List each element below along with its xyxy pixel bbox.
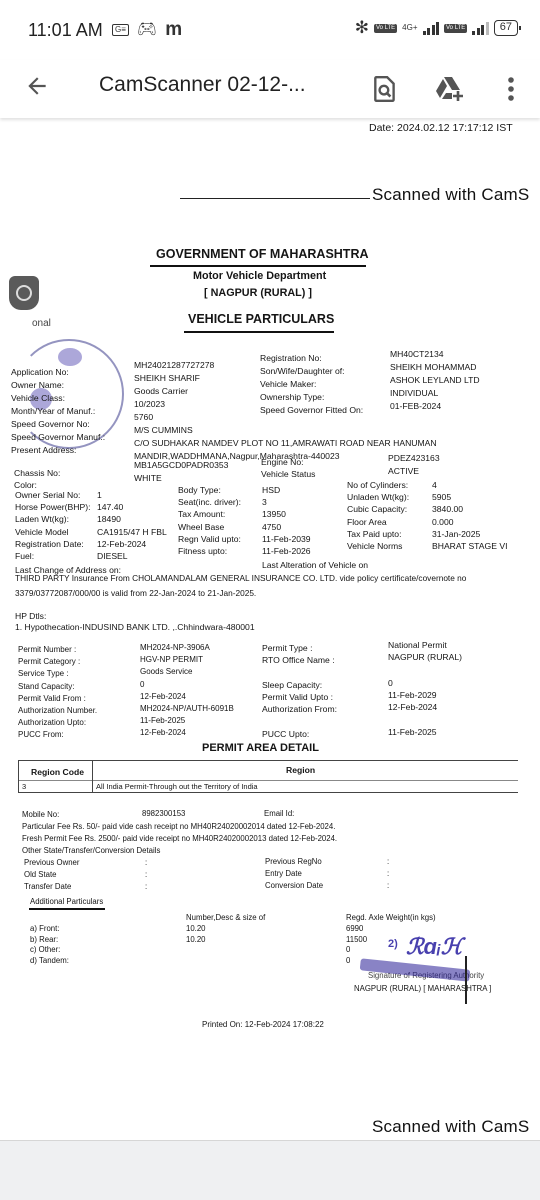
permit-field-value: MH2024-NP/AUTH-6091B — [140, 704, 234, 714]
watermark-bottom: Scanned with CamS — [372, 1122, 529, 1132]
axle-weight: 6990 — [346, 924, 363, 934]
scan-edge-line — [180, 198, 370, 199]
label-authorization-from: Authorization From: — [262, 704, 337, 714]
insurance-line1: THIRD PARTY Insurance From CHOLAMANDALAM… — [15, 573, 466, 583]
vehicle-field-value: 0.000 — [432, 517, 454, 527]
vehicle-field-value: DIESEL — [97, 551, 128, 561]
axle-label: d) Tandem: — [30, 956, 69, 966]
vehicle-field-value: 12-Feb-2024 — [97, 539, 146, 549]
transfer-colon: : — [387, 881, 389, 891]
label-engine-no: Engine No: — [261, 457, 304, 467]
add-to-drive-button[interactable] — [433, 72, 467, 106]
vehicle-field-value: 31-Jan-2025 — [432, 529, 480, 539]
other-state-title: Other State/Transfer/Conversion Details — [22, 846, 160, 856]
permit-area-title: PERMIT AREA DETAIL — [202, 743, 319, 753]
value-speed-governor-manuf: M/S CUMMINS — [134, 425, 193, 435]
status-bar: 11:01 AM G≡ 🎮︎ m ✻ Vo LTE 4G+ Vo LTE 67 — [0, 0, 540, 60]
label-sleep-capacity: Sleep Capacity: — [262, 680, 322, 690]
add-to-drive-icon — [434, 75, 466, 103]
document-title: CamScanner 02-12-... — [99, 73, 306, 97]
vehicle-field-label: Floor Area — [347, 517, 387, 527]
value-chassis-no: MB1A5GCD0PADR0353 — [134, 460, 228, 470]
axle-weight: 0 — [346, 956, 350, 966]
vehicle-field-label: Owner Serial No: — [15, 490, 80, 500]
printed-on: Printed On: 12-Feb-2024 17:08:22 — [202, 1020, 324, 1030]
value-speed-governor-fitted: 01-FEB-2024 — [390, 401, 441, 411]
vehicle-field-label: Tax Amount: — [178, 509, 225, 519]
hp-value: 1. Hypothecation-INDUSIND BANK LTD. ,.Ch… — [15, 622, 255, 632]
value-speed-governor-no: 5760 — [134, 412, 153, 422]
back-button[interactable] — [24, 73, 54, 103]
insurance-line2: 3379/03772087/000/00 is valid from 22-Ja… — [15, 588, 256, 598]
find-in-page-button[interactable] — [368, 72, 402, 106]
label-son-wife-daughter: Son/Wife/Daughter of: — [260, 366, 345, 376]
signature-mark: 2) — [388, 938, 398, 950]
permit-field-value: 0 — [140, 680, 144, 690]
label-chassis-no: Chassis No: — [14, 468, 60, 478]
vehicle-field-value: BHARAT STAGE VI — [432, 541, 507, 551]
vehicle-field-label: Laden Wt(kg): — [15, 514, 69, 524]
vehicle-field-value: 4 — [432, 480, 437, 490]
vehicle-field-label: Fitness upto: — [178, 546, 227, 556]
app-bar: CamScanner 02-12-... — [0, 60, 540, 118]
status-right-icons: ✻ Vo LTE 4G+ Vo LTE 67 — [355, 18, 518, 38]
permit-field-label: Permit Number : — [18, 645, 76, 655]
find-in-page-icon — [372, 75, 398, 103]
value-son-wife-daughter: SHEIKH MOHAMMAD — [390, 362, 476, 372]
value-vehicle-class: Goods Carrier — [134, 386, 188, 396]
more-options-button[interactable] — [494, 72, 528, 106]
vehicle-field-label: Cubic Capacity: — [347, 504, 407, 514]
col-region: Region — [286, 765, 315, 775]
transfer-field-label: Conversion Date — [265, 881, 323, 891]
label-color: Color: — [14, 480, 37, 490]
axle-label: b) Rear: — [30, 935, 58, 945]
fee-line2: Fresh Permit Fee Rs. 2500/- paid vide re… — [22, 834, 337, 844]
permit-field-value: 12-Feb-2024 — [140, 692, 186, 702]
value-pucc-upto: 11-Feb-2025 — [388, 727, 437, 737]
axle-desc: 10.20 — [186, 935, 206, 945]
transfer-field-label: Previous RegNo — [265, 857, 322, 867]
permit-field-label: Authorization Upto: — [18, 718, 86, 728]
vehicle-field-value: 13950 — [262, 509, 286, 519]
value-rto-office: NAGPUR (RURAL) — [388, 652, 462, 662]
m-app-icon: m — [165, 22, 182, 38]
last-alteration: Last Alteration of Vehicle on — [262, 560, 368, 570]
value-permit-type: National Permit — [388, 640, 447, 650]
permit-field-value: HGV-NP PERMIT — [140, 655, 203, 665]
label-pucc-upto: PUCC Upto: — [262, 729, 309, 739]
permit-field-label: Stand Capacity: — [18, 682, 74, 692]
vehicle-field-value: 3840.00 — [432, 504, 463, 514]
document-page[interactable]: Date: 2024.02.12 17:17:12 IST Scanned wi… — [0, 118, 540, 1140]
watermark-top: Scanned with CamS — [372, 190, 529, 200]
label-speed-governor-fitted: Speed Governor Fitted On: — [260, 405, 363, 415]
seal-pen-stroke — [465, 956, 467, 1004]
gamepad-icon: 🎮︎ — [137, 22, 157, 38]
value-vehicle-maker: ASHOK LEYLAND LTD — [390, 375, 480, 385]
vehicle-field-value: 11-Feb-2039 — [262, 534, 311, 544]
permit-field-label: Permit Category : — [18, 657, 80, 667]
permit-field-value: Goods Service — [140, 667, 192, 677]
battery-icon: 67 — [494, 20, 518, 36]
vehicle-field-label: Unladen Wt(kg): — [347, 492, 409, 502]
value-vehicle-status: ACTIVE — [388, 466, 419, 476]
signature-scrawl: ℛɑᵢℋ — [406, 934, 463, 960]
label-speed-governor-no: Speed Governor No: — [11, 419, 90, 429]
value-sleep-capacity: 0 — [388, 678, 393, 688]
value-present-address: C/O SUDHAKAR NAMDEV PLOT NO 11,AMRAWATI … — [134, 438, 437, 448]
label-vehicle-status: Vehicle Status — [261, 469, 315, 479]
more-vert-icon — [507, 76, 515, 102]
volte-icon: Vo LTE — [444, 24, 467, 33]
label-email: Email Id: — [264, 809, 294, 819]
vehicle-field-label: Body Type: — [178, 485, 221, 495]
vehicle-field-value: HSD — [262, 485, 280, 495]
transfer-colon: : — [145, 858, 147, 868]
vehicle-field-value: CA1915/47 H FBL — [97, 527, 167, 537]
label-permit-valid-upto: Permit Valid Upto : — [262, 692, 333, 702]
hp-label: HP Dtls: — [15, 611, 46, 621]
fee-line1: Particular Fee Rs. 50/- paid vide cash r… — [22, 822, 335, 832]
label-application-no: Application No: — [11, 367, 69, 377]
vehicle-field-label: Seat(inc. driver): — [178, 497, 241, 507]
table-top-border — [18, 760, 518, 761]
vehicle-field-label: No of Cylinders: — [347, 480, 408, 490]
value-ownership-type: INDIVIDUAL — [390, 388, 438, 398]
transfer-colon: : — [145, 870, 147, 880]
value-color: WHITE — [134, 473, 162, 483]
axle-weight: 11500 — [346, 935, 367, 945]
document-title-heading: VEHICLE PARTICULARS — [188, 314, 334, 324]
vehicle-field-label: Fuel: — [15, 551, 34, 561]
divider — [29, 908, 105, 910]
axle-label: a) Front: — [30, 924, 59, 934]
transfer-colon: : — [387, 857, 389, 867]
emblem-caption: onal — [32, 319, 51, 329]
label-vehicle-class: Vehicle Class: — [11, 393, 65, 403]
permit-field-label: Authorization Number. — [18, 706, 97, 716]
signal-4g-icon — [423, 21, 440, 35]
vehicle-field-label: Horse Power(BHP): — [15, 502, 90, 512]
table-col-divider — [92, 760, 93, 793]
axle-weight: 0 — [346, 945, 350, 955]
transfer-colon: : — [145, 882, 147, 892]
axle-desc-header: Number,Desc & size of — [186, 913, 265, 923]
value-authorization-from: 12-Feb-2024 — [388, 702, 437, 712]
transfer-field-label: Entry Date — [265, 869, 302, 879]
table-mid-border — [18, 780, 518, 781]
table-bottom-border — [18, 792, 518, 793]
office-heading: [ NAGPUR (RURAL) ] — [204, 288, 312, 298]
transfer-field-label: Previous Owner — [24, 858, 79, 868]
label-speed-governor-manuf: Speed Governor Manuf.: — [11, 432, 105, 442]
govt-heading: GOVERNMENT OF MAHARASHTRA — [156, 249, 369, 259]
value-month-year-manuf: 10/2023 — [134, 399, 165, 409]
permit-field-value: 12-Feb-2024 — [140, 728, 186, 738]
label-registration-no: Registration No: — [260, 353, 322, 363]
vehicle-field-value: 1 — [97, 490, 102, 500]
date-stamp: Date: 2024.02.12 17:17:12 IST — [369, 123, 513, 133]
vehicle-field-value: 5905 — [432, 492, 451, 502]
value-engine-no: PDEZ423163 — [388, 453, 440, 463]
viewer-background — [0, 1140, 540, 1200]
permit-field-label: Permit Valid From : — [18, 694, 86, 704]
label-present-address: Present Address: — [11, 445, 76, 455]
vehicle-field-value: 11-Feb-2026 — [262, 546, 311, 556]
maharashtra-emblem-icon — [9, 276, 39, 310]
signal-icon — [472, 21, 489, 35]
status-left-icons: G≡ 🎮︎ m — [112, 22, 182, 38]
vehicle-field-value: 3 — [262, 497, 267, 507]
vehicle-field-label: Wheel Base — [178, 522, 224, 532]
department-heading: Motor Vehicle Department — [193, 271, 326, 281]
vehicle-field-value: 4750 — [262, 522, 281, 532]
label-vehicle-maker: Vehicle Maker: — [260, 379, 316, 389]
label-month-year-manuf: Month/Year of Manuf.: — [11, 406, 95, 416]
vehicle-field-label: Registration Date: — [15, 539, 84, 549]
value-owner-name: SHEIKH SHARIF — [134, 373, 200, 383]
status-time: 11:01 AM — [28, 20, 103, 41]
value-application-no: MH24021287727278 — [134, 360, 214, 370]
value-permit-valid-upto: 11-Feb-2029 — [388, 690, 437, 700]
table-left-border — [18, 760, 19, 793]
arrow-left-icon — [24, 73, 50, 99]
vehicle-field-value: 18490 — [97, 514, 121, 524]
vehicle-field-label: Vehicle Model — [15, 527, 69, 537]
stamp-ink — [58, 348, 82, 366]
divider — [184, 331, 334, 333]
permit-field-label: PUCC From: — [18, 730, 64, 740]
divider — [150, 265, 366, 267]
axle-desc: 10.20 — [186, 924, 206, 934]
axle-label: c) Other: — [30, 945, 60, 955]
value-mobile: 8982300153 — [142, 809, 185, 819]
signature-office: NAGPUR (RURAL) [ MAHARASHTRA ] — [354, 984, 491, 994]
transfer-field-label: Transfer Date — [24, 882, 71, 892]
col-region-code: Region Code — [31, 767, 84, 777]
message-icon: G≡ — [112, 24, 129, 36]
permit-field-value: 11-Feb-2025 — [140, 716, 185, 726]
volte-icon: Vo LTE — [374, 24, 397, 33]
permit-field-value: MH2024-NP-3906A — [140, 643, 210, 653]
label-owner-name: Owner Name: — [11, 380, 64, 390]
bluetooth-icon: ✻ — [355, 18, 369, 38]
transfer-colon: : — [387, 869, 389, 879]
transfer-field-label: Old State — [24, 870, 57, 880]
cell-region: All India Permit-Through out the Territo… — [96, 782, 258, 792]
vehicle-field-label: Vehicle Norms — [347, 541, 402, 551]
cell-region-code: 3 — [22, 782, 26, 792]
label-mobile: Mobile No: — [22, 810, 59, 820]
axle-weight-header: Regd. Axle Weight(in kgs) — [346, 913, 436, 923]
value-registration-no: MH40CT2134 — [390, 349, 444, 359]
vehicle-field-label: Regn Valid upto: — [178, 534, 241, 544]
additional-particulars-title: Additional Particulars — [30, 897, 103, 907]
vehicle-field-value: 147.40 — [97, 502, 123, 512]
label-permit-type: Permit Type : — [262, 643, 312, 653]
label-rto-office: RTO Office Name : — [262, 655, 335, 665]
label-ownership-type: Ownership Type: — [260, 392, 324, 402]
permit-field-label: Service Type : — [18, 669, 69, 679]
network-type: 4G+ — [402, 24, 417, 32]
vehicle-field-label: Tax Paid upto: — [347, 529, 401, 539]
